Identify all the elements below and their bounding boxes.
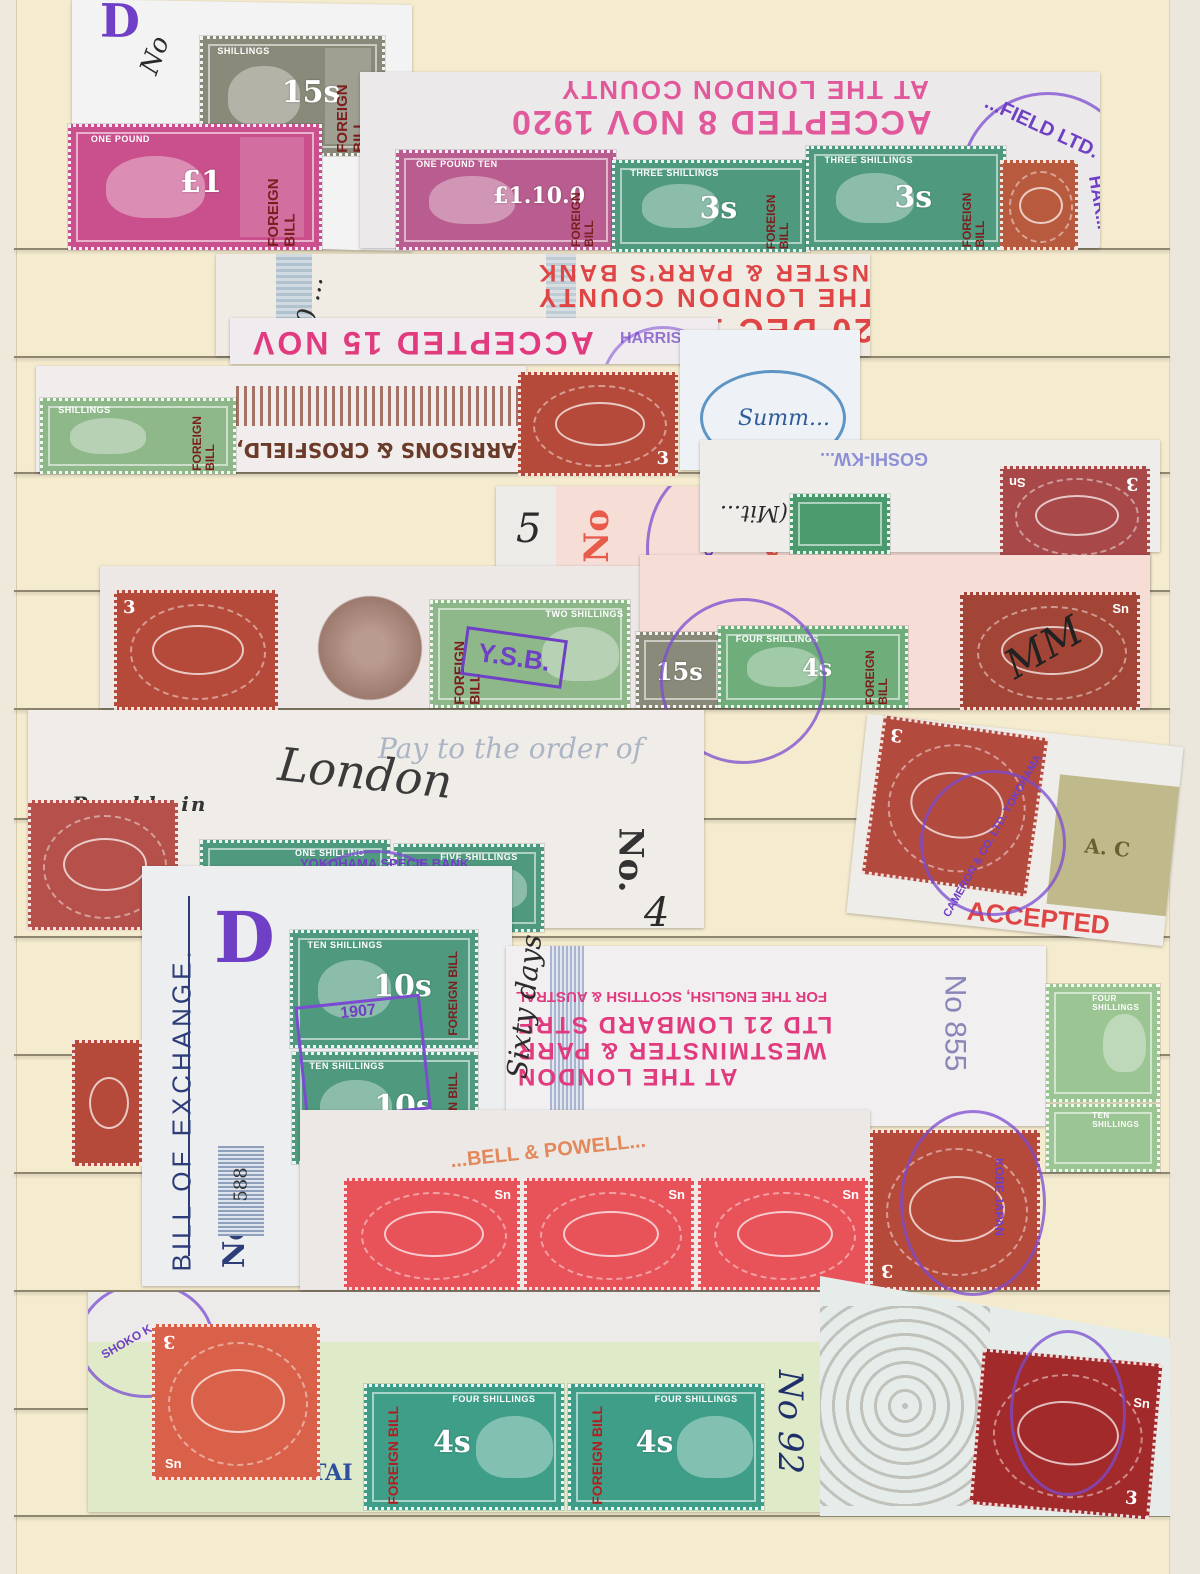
bell-powell-cancel: ...BELL & POWELL... (449, 1130, 647, 1173)
japan-carmine-stamp-1: Sn (344, 1178, 520, 1290)
numero-label: No. (611, 828, 651, 893)
japan-revenue-stamp-row8-left: 3 Sn (152, 1324, 320, 1480)
bill-of-exchange-heading: BILL OF EXCHANGE. (167, 892, 198, 1272)
stamp-one-pound-ten-foreign-bill: ONE POUND TEN £1.10.0 FOREIGN BILL (396, 150, 616, 250)
page-binding-edge (0, 0, 17, 1574)
stamp-one-pound-foreign-bill: ONE POUND £1 FOREIGN BILL (68, 124, 322, 250)
accepted-bank-line: AT THE LONDON COUNTY (560, 74, 929, 105)
stamp-shillings-green-foreign-bill: SHILLINGS FOREIGN BILL (40, 398, 236, 474)
harrisons-crosfield-imprint: HARRISONS & CROSFIELD, (236, 438, 526, 462)
handwritten-no-92: No 92 (770, 1370, 810, 1474)
japan-revenue-stamp-row3: 3 (518, 372, 678, 476)
kobe-cancel-text: KOBE JAPAN (992, 1158, 1006, 1236)
handwritten-number: 5 (516, 506, 541, 552)
japan-carmine-stamp-3: Sn (698, 1178, 868, 1290)
bill-number: 588 (231, 1167, 252, 1201)
blue-ornament-text: Summ... (738, 406, 830, 431)
japan-revenue-stamp-row1 (1000, 160, 1078, 250)
bank-stamp-line-1: AT THE LONDON (516, 1062, 738, 1090)
stamp-three-shillings-2: THREE SHILLINGS 3s FOREIGN BILL (806, 146, 1006, 250)
brown-rosette (310, 588, 430, 708)
japan-revenue-stamp-row7-left (72, 1040, 142, 1166)
numero-mark: No (135, 32, 176, 79)
mit-text: (Mit... (720, 500, 788, 525)
goshi-header: GOSHI-KW... (820, 448, 928, 469)
japan-carmine-stamp-2: Sn (524, 1178, 694, 1290)
handstamp-letter: D (100, 0, 140, 48)
stamp-four-shillings-right: FOUR SHILLINGS (1046, 984, 1160, 1102)
stamp-four-shillings-foreign-bill-1: FOUR SHILLINGS 4s FOREIGN BILL (364, 1384, 564, 1510)
row8-right-cancel-ring (1010, 1330, 1126, 1496)
stamp-four-shillings-foreign-bill-2: FOUR SHILLINGS 4s FOREIGN BILL (568, 1384, 764, 1510)
imprint-ac: A. C (1084, 833, 1132, 862)
pay-to-order: Pay to the order of (378, 732, 643, 765)
boxed-cancel-1907: 1907 (294, 994, 431, 1123)
bill-fragment-westminster-parr: AT THE LONDON WESTMINSTER & PARR LTD 21 … (506, 946, 1046, 1126)
stock-page: D No SHILLINGS 15s FOREIGN BILL ONE POUN… (0, 0, 1200, 1574)
numero-label: No (577, 509, 617, 563)
handstamp-letter: D (214, 896, 275, 979)
stamp-green-small-row4 (790, 494, 890, 554)
bank-stamp-line-4: FOR THE ENGLISH, SCOTTISH & AUSTRAL (516, 988, 827, 1005)
serial-number: No 855 (937, 975, 971, 1072)
accepted-date-stamp: ACCEPTED 15 NOV (250, 324, 594, 361)
japan-revenue-stamp-row5-left: 3 (114, 590, 278, 710)
stamp-two-shillings-foreign-bill: TWO SHILLINGS FOREIGN BILL Y.S.B. (430, 600, 630, 708)
kobe-cancel-ring (900, 1110, 1046, 1296)
bank-stamp-line-2: WESTMINSTER & PARR (516, 1036, 826, 1064)
bank-stamp-line-3: LTD 21 LOMBARD STRE (516, 1010, 832, 1038)
stamp-ten-shillings-right: TEN SHILLINGS (1046, 1104, 1160, 1172)
grey-ornament (820, 1306, 990, 1506)
numero-value: 4 (644, 890, 669, 928)
stamp-three-shillings-1: THREE SHILLINGS 3s FOREIGN BILL (612, 160, 810, 252)
japan-revenue-stamp-row4: 3 Sn (1000, 466, 1150, 564)
brown-ornament-band (236, 386, 526, 426)
bill-fragment-accepted-15-nov: ACCEPTED 15 NOV HARRISONS (230, 318, 718, 364)
japan-revenue-stamp-row5-right: Sn MM (960, 592, 1140, 710)
bank-line-1: AT THE LONDON COUNTY (536, 282, 870, 313)
bank-line-2: WESTMINSTER & PARR'S BANK (536, 258, 870, 286)
accepted-date-stamp: ACCEPTED 8 NOV 1920 (510, 102, 932, 141)
